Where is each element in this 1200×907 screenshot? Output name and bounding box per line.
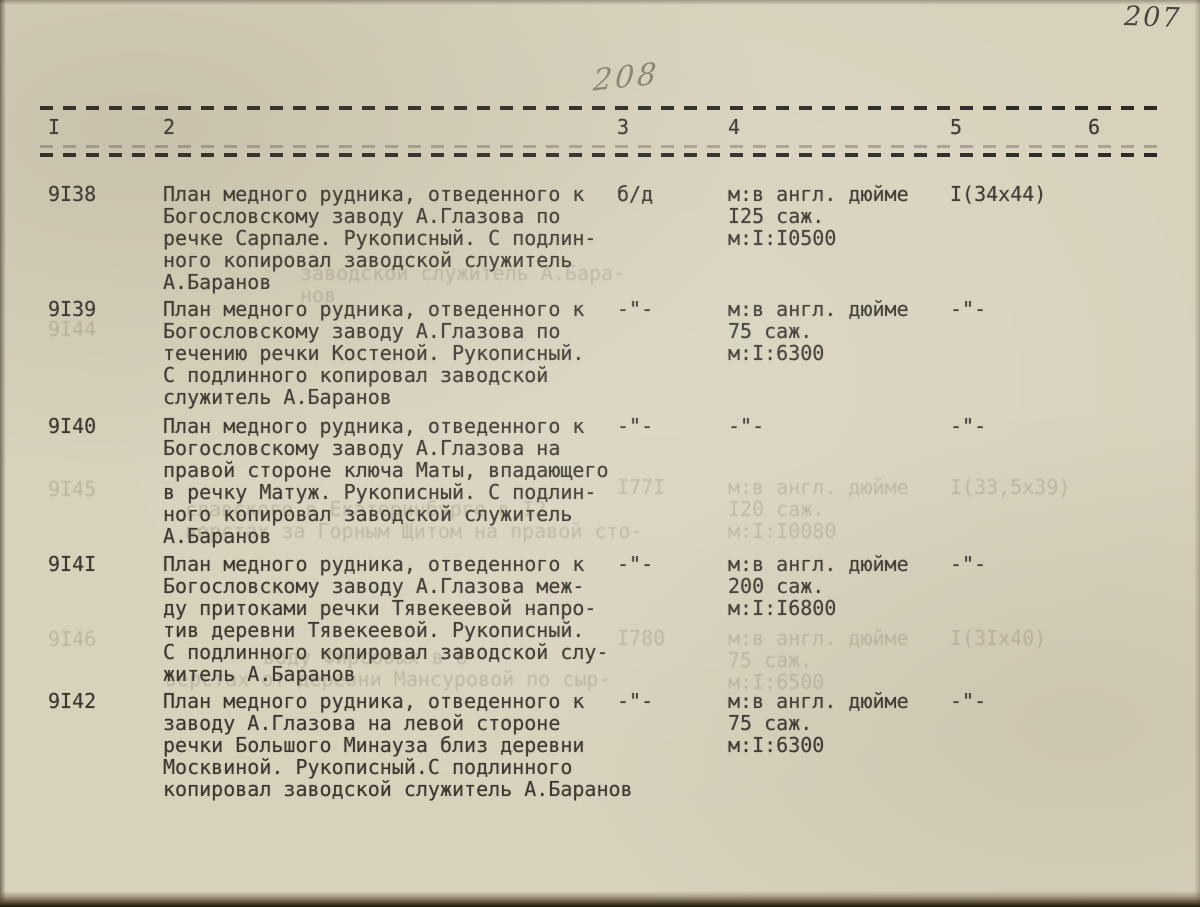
row-number: 9I38 (48, 183, 96, 205)
row-scale: м:в англ. дюйме 200 саж. м:I:I6800 (728, 553, 909, 619)
column-header-6: 6 (1088, 116, 1100, 138)
bleed-through-text: I780 (617, 627, 665, 649)
row-description: План медного рудника, отведенного к Бого… (163, 415, 609, 547)
scan-bottom-edge (0, 891, 1200, 907)
bleed-through-text: I(33,5x39) (950, 476, 1070, 498)
row-number: 9I39 (48, 298, 96, 320)
row-description: План медного рудника, отведенного к Бого… (163, 298, 584, 408)
bleed-through-text: I(3Ix40) (950, 627, 1046, 649)
row-description: План медного рудника, отведенного к заво… (163, 690, 633, 800)
row-size: -"- (950, 553, 986, 575)
column-header-3: 3 (617, 116, 629, 138)
row-scale: м:в англ. дюйме 75 саж. м:I:6300 (728, 298, 909, 364)
column-header-2: 2 (163, 116, 175, 138)
bleed-through-text: I77I (617, 476, 665, 498)
table-header-top-rule (40, 106, 1162, 110)
row-date: -"- (617, 415, 653, 437)
row-description: План медного рудника, отведенного к Бого… (163, 183, 596, 293)
row-description: План медного рудника, отведенного к Бого… (163, 553, 609, 685)
row-number: 9I4I (48, 553, 96, 575)
row-size: -"- (950, 690, 986, 712)
row-date: -"- (617, 553, 653, 575)
row-size: -"- (950, 298, 986, 320)
bleed-through-text: м:в англ. дюйме 75 саж. м:I:6500 (728, 627, 909, 693)
row-scale: -"- (728, 415, 764, 437)
table-header-ghost-rule (40, 145, 1162, 148)
handwritten-page-number: 208 (592, 56, 660, 98)
bleed-through-text: 9I44 (48, 318, 96, 340)
column-header-4: 4 (728, 116, 740, 138)
handwritten-corner-page-number: 207 (1123, 1, 1182, 34)
row-date: -"- (617, 298, 653, 320)
row-scale: м:в англ. дюйме I25 саж. м:I:I0500 (728, 183, 909, 249)
row-date: б/д (617, 183, 653, 205)
row-size: -"- (950, 415, 986, 437)
bleed-through-text: 9I45 (48, 478, 96, 500)
row-number: 9I42 (48, 690, 96, 712)
table-header-bottom-rule (40, 153, 1162, 157)
column-header-5: 5 (950, 116, 962, 138)
row-size: I(34x44) (950, 183, 1046, 205)
row-number: 9I40 (48, 415, 96, 437)
bleed-through-text: м:в англ. дюйме I20 саж. м:I:I0080 (728, 476, 909, 542)
row-scale: м:в англ. дюйме 75 саж. м:I:6300 (728, 690, 909, 756)
column-header-1: I (48, 116, 60, 138)
document-page: 207 208 I 2 3 4 5 6 9I38 План медного ру… (0, 0, 1200, 907)
bleed-through-text: 9I46 (48, 628, 96, 650)
row-date: -"- (617, 690, 653, 712)
